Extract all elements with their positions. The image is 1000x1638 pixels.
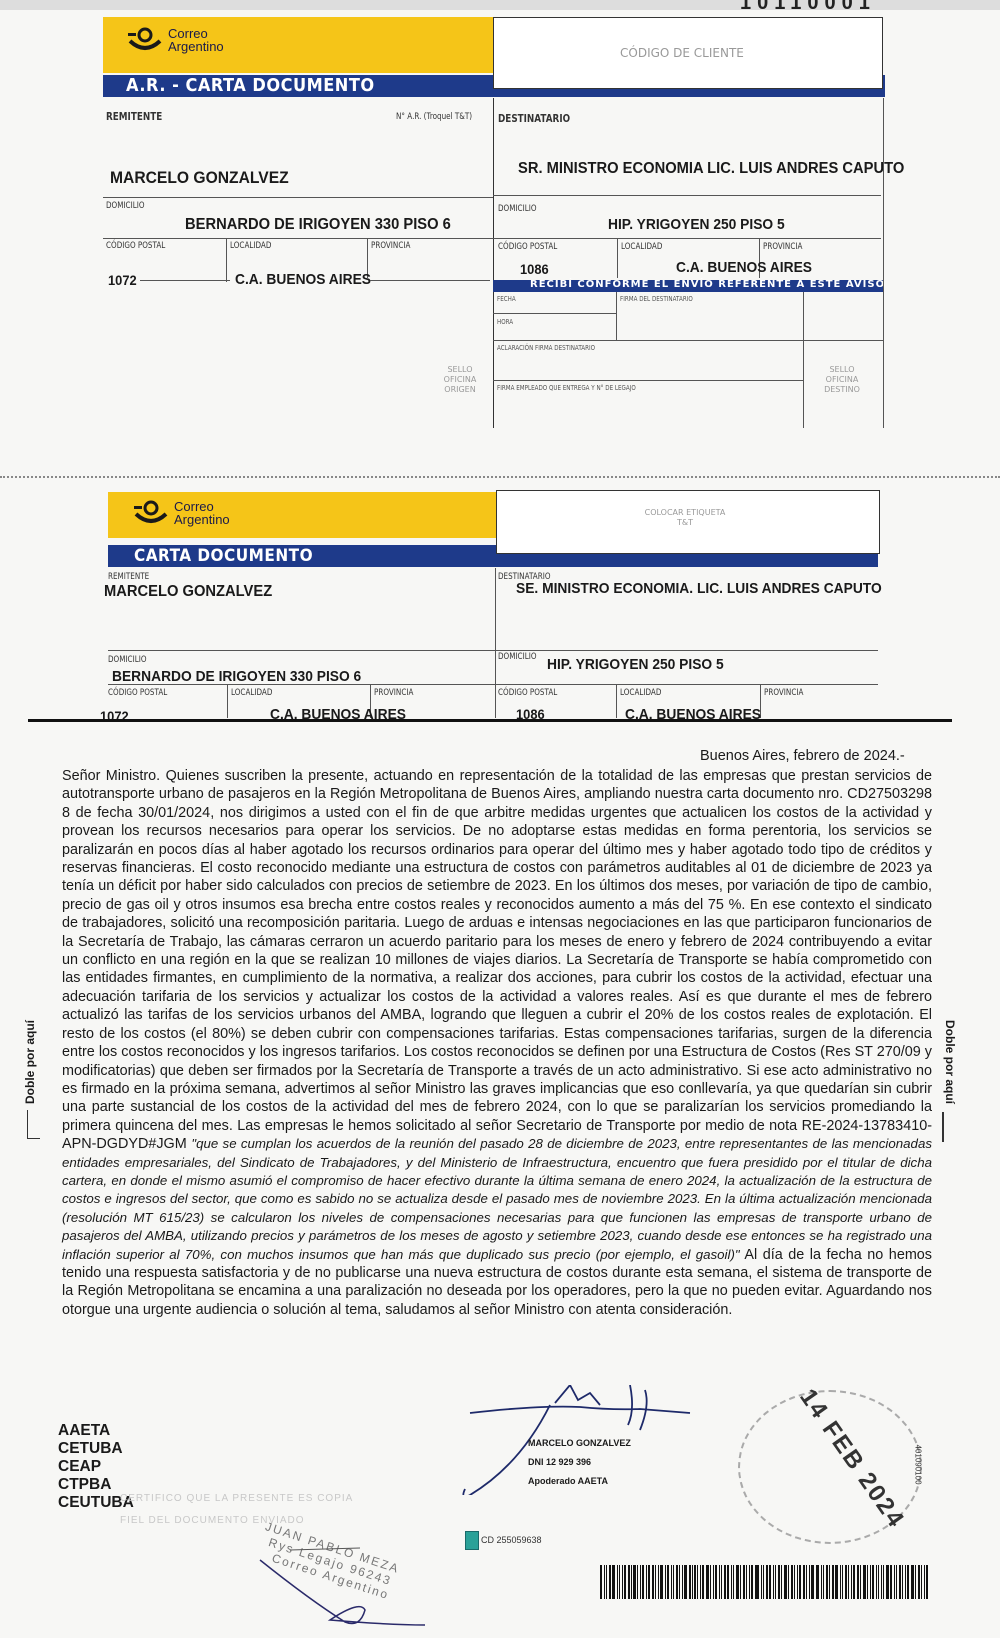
tt-label: COLOCAR ETIQUETA T&T [640, 508, 730, 528]
clerk-signature [250, 1540, 430, 1630]
barcode [600, 1565, 930, 1599]
firma-dest-label: FIRMA DEL DESTINATARIO [620, 295, 693, 303]
barcode-bar [655, 1565, 656, 1599]
barcode-bar [817, 1565, 819, 1599]
barcode-bar [872, 1565, 874, 1599]
remitente-name: MARCELO GONZALVEZ [110, 168, 289, 188]
barcode-bar [617, 1565, 618, 1599]
barcode-bar [881, 1565, 882, 1599]
dest-provincia-label-lower: PROVINCIA [764, 688, 803, 698]
dest-cp-label: CÓDIGO POSTAL [498, 242, 557, 252]
barcode-bar [899, 1565, 901, 1599]
hora-label: HORA [497, 318, 513, 326]
fold-label-left: Doble por aquí [23, 1020, 37, 1104]
barcode-bar [679, 1565, 680, 1599]
barcode-bar [832, 1565, 834, 1599]
brand-line2: Argentino [174, 513, 230, 526]
barcode-bar [821, 1565, 822, 1599]
correo-logo-icon [134, 500, 168, 526]
barcode-bar [806, 1565, 807, 1599]
barcode-bar [673, 1565, 674, 1599]
barcode-bar [826, 1565, 828, 1599]
signer-dni: DNI 12 929 396 [528, 1457, 591, 1467]
barcode-bar [911, 1565, 914, 1599]
destinatario-domicilio: HIP. YRIGOYEN 250 PISO 5 [608, 216, 785, 233]
barcode-bar [733, 1565, 734, 1599]
dest-localidad-label-lower: LOCALIDAD [620, 688, 661, 698]
barcode-bar [755, 1565, 756, 1599]
barcode-bar [648, 1565, 650, 1599]
barcode-bar [727, 1565, 729, 1599]
barcode-bar [710, 1565, 711, 1599]
barcode-bar [743, 1565, 745, 1599]
destinatario-cp: 1086 [520, 261, 549, 277]
barcode-bar [784, 1565, 787, 1599]
barcode-bar [840, 1565, 841, 1599]
nar-label: N° A.R. (Troquel T&T) [396, 112, 472, 122]
fold-mark-left [27, 1110, 40, 1139]
barcode-bar [713, 1565, 714, 1599]
barcode-bar [886, 1565, 889, 1599]
fecha-label: FECHA [497, 295, 516, 303]
barcode-bar [788, 1565, 789, 1599]
barcode-bar [890, 1565, 892, 1599]
barcode-bar [702, 1565, 704, 1599]
barcode-bar [646, 1565, 647, 1599]
org-item: AAETA [58, 1422, 134, 1440]
localidad-label: LOCALIDAD [230, 241, 271, 251]
barcode-bar [842, 1565, 843, 1599]
barcode-bar [665, 1565, 666, 1599]
signer-name: MARCELO GONZALVEZ [528, 1438, 631, 1448]
remitente-label: REMITENTE [106, 110, 162, 123]
barcode-bar [609, 1565, 611, 1599]
barcode-bar [633, 1565, 636, 1599]
domicilio-label-lower: DOMICILIO [108, 655, 147, 665]
barcode-bar [756, 1565, 759, 1599]
barcode-bar [624, 1565, 626, 1599]
letter-body: Señor Ministro. Quienes suscriben la pre… [62, 767, 932, 1319]
barcode-bar [769, 1565, 771, 1599]
cp-label-lower: CÓDIGO POSTAL [108, 688, 167, 698]
barcode-bar [921, 1565, 922, 1599]
fold-mark-right [942, 1112, 944, 1142]
fold-label-right: Doble por aquí [943, 1020, 957, 1104]
barcode-bar [848, 1565, 849, 1599]
barcode-bar [682, 1565, 683, 1599]
letter-paragraph-a: Señor Ministro. Quienes suscriben la pre… [62, 768, 932, 1152]
barcode-bar [689, 1565, 691, 1599]
dest-domicilio-label: DOMICILIO [498, 204, 537, 214]
barcode-bar [612, 1565, 615, 1599]
barcode-bar [671, 1565, 672, 1599]
barcode-bar [719, 1565, 720, 1599]
correo-logo: Correo Argentino [128, 27, 224, 53]
provincia-label-lower: PROVINCIA [374, 688, 413, 698]
client-code-label: CÓDIGO DE CLIENTE [620, 46, 744, 60]
barcode-bar [773, 1565, 774, 1599]
barcode-bar [791, 1565, 793, 1599]
org-item: CEAP [58, 1458, 134, 1476]
barcode-bar [706, 1565, 709, 1599]
barcode-bar [676, 1565, 678, 1599]
remitente-domicilio-lower: BERNARDO DE IRIGOYEN 330 PISO 6 [112, 668, 361, 685]
barcode-bar [870, 1565, 871, 1599]
barcode-bar [640, 1565, 641, 1599]
firma-empleado-label: FIRMA EMPLEADO QUE ENTREGA Y N° DE LEGAJ… [497, 384, 636, 392]
barcode-bar [799, 1565, 801, 1599]
form-title-lower: CARTA DOCUMENTO [134, 546, 313, 566]
barcode-bar [660, 1565, 663, 1599]
barcode-bar [803, 1565, 805, 1599]
barcode-bar [628, 1565, 630, 1599]
barcode-bar [600, 1565, 602, 1599]
destinatario-localidad: C.A. BUENOS AIRES [676, 259, 812, 276]
remitente-cp: 1072 [108, 272, 137, 288]
barcode-bar [667, 1565, 669, 1599]
remitente-label-lower: REMITENTE [108, 572, 149, 582]
sello-destino: SELLO OFICINA DESTINO [822, 365, 862, 395]
barcode-bar [896, 1565, 897, 1599]
barcode-bar [631, 1565, 632, 1599]
barcode-bar [845, 1565, 847, 1599]
barcode-bar [736, 1565, 739, 1599]
remitente-domicilio: BERNARDO DE IRIGOYEN 330 PISO 6 [185, 216, 451, 234]
org-item: CETUBA [58, 1440, 134, 1458]
cp-label: CÓDIGO POSTAL [106, 241, 165, 251]
barcode-bar [761, 1565, 762, 1599]
barcode-bar [797, 1565, 798, 1599]
dest-provincia-label: PROVINCIA [763, 242, 802, 252]
barcode-bar [924, 1565, 925, 1599]
barcode-bar [694, 1565, 696, 1599]
destinatario-name-lower: SE. MINISTRO ECONOMIA. LIC. LUIS ANDRES … [516, 580, 882, 597]
barcode-bar [883, 1565, 884, 1599]
domicilio-label: DOMICILIO [106, 201, 145, 211]
localidad-label-lower: LOCALIDAD [231, 688, 272, 698]
barcode-bar [781, 1565, 782, 1599]
barcode-bar [876, 1565, 877, 1599]
barcode-bar [642, 1565, 644, 1599]
destinatario-name: SR. MINISTRO ECONOMIA LIC. LUIS ANDRES C… [518, 160, 904, 178]
barcode-bar [860, 1565, 861, 1599]
letter-quote: "que se cumplan los acuerdos de la reuni… [62, 1136, 932, 1261]
side-serial: 401090100 [914, 1444, 923, 1484]
barcode-bar [652, 1565, 654, 1599]
barcode-bar [809, 1565, 810, 1599]
barcode-bar [637, 1565, 638, 1599]
brand-line2: Argentino [168, 40, 224, 53]
barcode-bar [684, 1565, 687, 1599]
barcode-bar [835, 1565, 838, 1599]
certify-stamp-text: CERTIFICO QUE LA PRESENTE ES COPIA FIEL … [120, 1488, 380, 1532]
destinatario-domicilio-lower: HIP. YRIGOYEN 250 PISO 5 [547, 656, 724, 673]
barcode-bar [721, 1565, 722, 1599]
barcode-bar [763, 1565, 764, 1599]
dest-localidad-label: LOCALIDAD [621, 242, 662, 252]
letter-date: Buenos Aires, febrero de 2024.- [700, 748, 905, 764]
barcode-bar [926, 1565, 928, 1599]
barcode-bar [811, 1565, 814, 1599]
barcode-bar [715, 1565, 717, 1599]
barcode-bar [907, 1565, 909, 1599]
barcode-bar [905, 1565, 906, 1599]
barcode-bar [604, 1565, 605, 1599]
provincia-label: PROVINCIA [371, 241, 410, 251]
dest-cp-label-lower: CÓDIGO POSTAL [498, 688, 557, 698]
dest-domicilio-label-lower: DOMICILIO [498, 652, 537, 662]
barcode-bar [918, 1565, 920, 1599]
remitente-name-lower: MARCELO GONZALVEZ [104, 583, 272, 601]
cd-marker-icon [465, 1531, 479, 1550]
tracking-number-partial: 10110001 [740, 0, 876, 15]
barcode-bar [731, 1565, 732, 1599]
barcode-bar [751, 1565, 753, 1599]
receipt-banner-text: RECIBÍ CONFORME EL ENVÍO REFERENTE A EST… [530, 279, 885, 290]
barcode-bar [902, 1565, 903, 1599]
destinatario-label: DESTINATARIO [498, 112, 570, 125]
barcode-bar [724, 1565, 726, 1599]
barcode-bar [740, 1565, 741, 1599]
barcode-bar [829, 1565, 830, 1599]
barcode-bar [619, 1565, 620, 1599]
barcode-bar [766, 1565, 768, 1599]
aclaracion-label: ACLARACIÓN FIRMA DESTINATARIO [497, 344, 595, 352]
barcode-bar [851, 1565, 852, 1599]
cd-number: CD 255059638 [481, 1535, 542, 1545]
correo-logo-icon [128, 27, 162, 53]
signer-role: Apoderado AAETA [528, 1476, 608, 1486]
barcode-bar [700, 1565, 701, 1599]
barcode-bar [775, 1565, 776, 1599]
barcode-bar [894, 1565, 895, 1599]
sello-origen: SELLO OFICINA ORIGEN [440, 365, 480, 395]
barcode-bar [746, 1565, 747, 1599]
barcode-bar [853, 1565, 855, 1599]
form-title: A.R. - CARTA DOCUMENTO [126, 76, 375, 96]
barcode-bar [816, 1565, 817, 1599]
barcode-bar [867, 1565, 868, 1599]
barcode-bar [606, 1565, 607, 1599]
barcode-bar [863, 1565, 866, 1599]
form-bottom-rule [28, 719, 952, 722]
barcode-bar [778, 1565, 780, 1599]
barcode-bar [915, 1565, 916, 1599]
barcode-bar [857, 1565, 859, 1599]
barcode-bar [692, 1565, 693, 1599]
correo-logo-lower: Correo Argentino [134, 500, 230, 526]
barcode-bar [622, 1565, 623, 1599]
barcode-bar [823, 1565, 824, 1599]
barcode-bar [749, 1565, 750, 1599]
perforation-line [0, 476, 1000, 478]
barcode-bar [697, 1565, 698, 1599]
remitente-localidad: C.A. BUENOS AIRES [235, 271, 371, 288]
barcode-bar [658, 1565, 659, 1599]
barcode-bar [878, 1565, 880, 1599]
barcode-bar [794, 1565, 795, 1599]
